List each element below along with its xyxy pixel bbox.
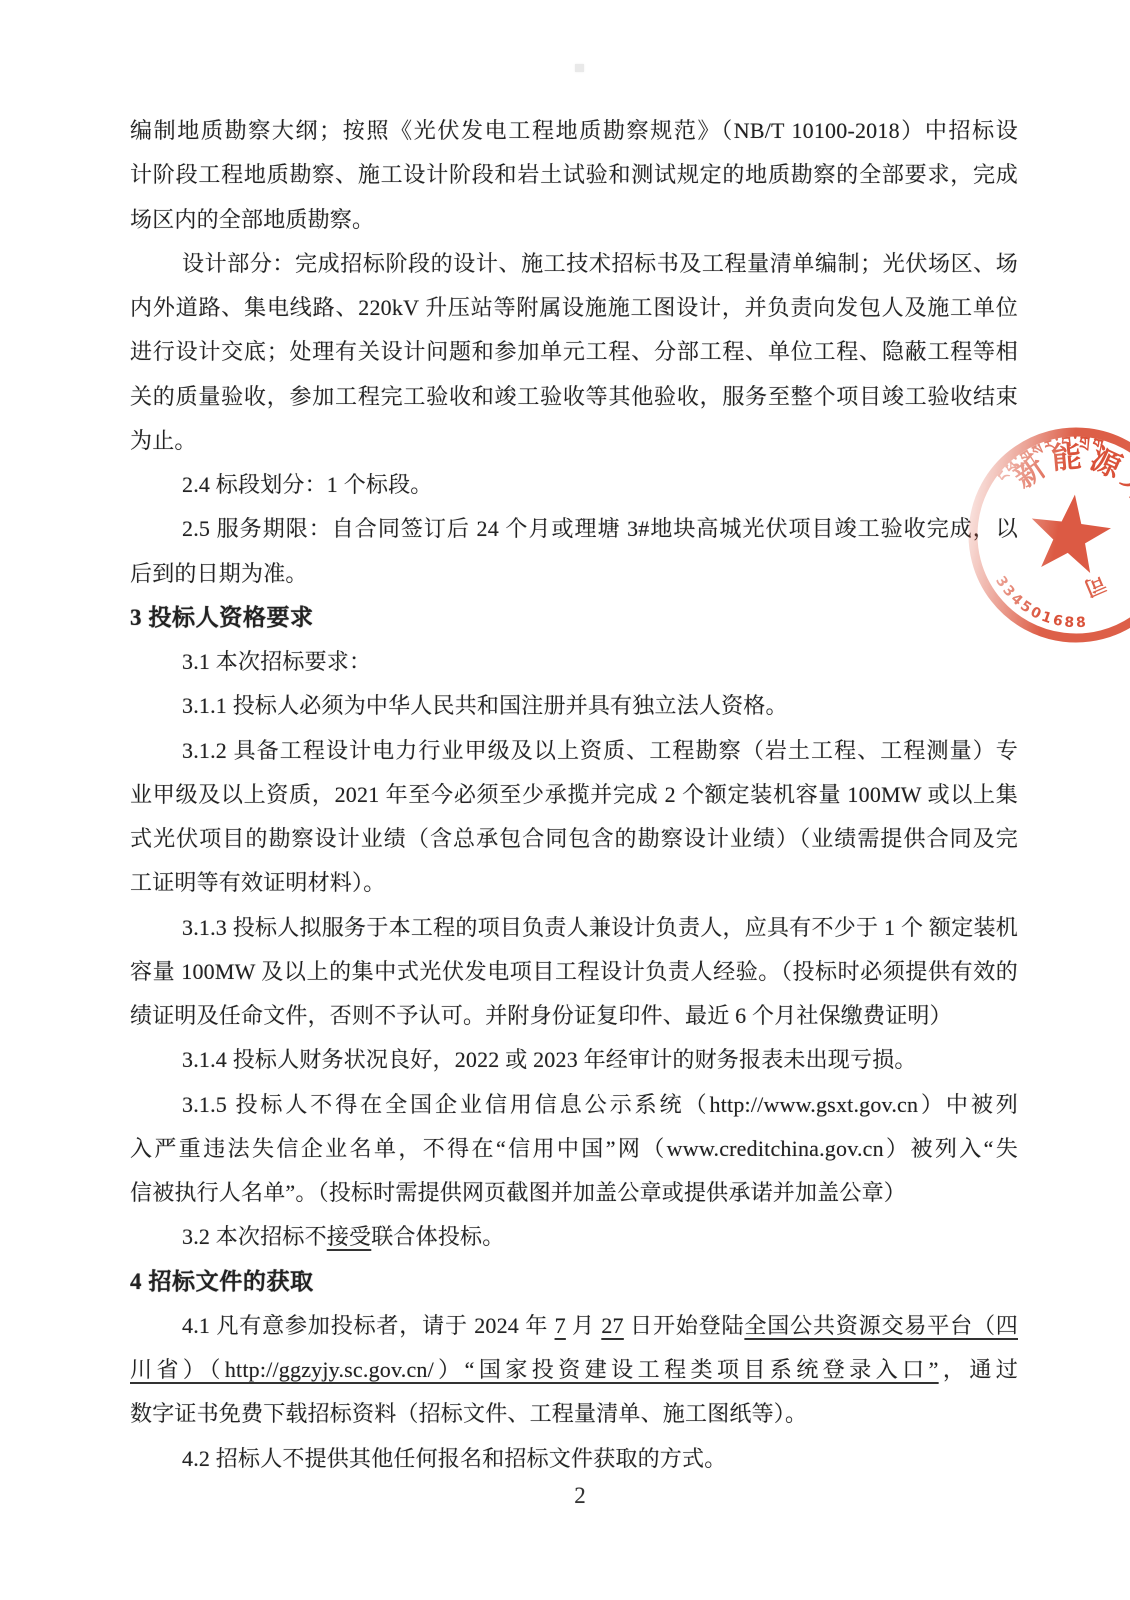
text-line: 关的质量验收，参加工程完工验收和竣工验收等其他验收，服务至整个项目竣工验收结束 [130,375,1018,419]
seal-side-character: 司 [1081,570,1110,600]
text-segment: 数字证书免费下载招标资料（招标文件、工程量清单、施工图纸等）。 [130,1401,807,1426]
text-line: 数字证书免费下载招标资料（招标文件、工程量清单、施工图纸等）。 [130,1392,1018,1436]
text-segment: 计阶段工程地质勘察、施工设计阶段和岩土试验和测试规定的地质勘察的全部要求，完成 [130,162,1018,187]
text-line: 设计部分：完成招标阶段的设计、施工技术招标书及工程量清单编制；光伏场区、场 [130,242,1018,286]
text-line: 进行设计交底；处理有关设计问题和参加单元工程、分部工程、单位工程、隐蔽工程等相 [130,330,1018,374]
section-heading: 3 投标人资格要求 [130,596,1018,640]
text-line: 4.2 招标人不提供其他任何报名和招标文件获取的方式。 [130,1437,1018,1481]
scan-artifact [575,64,584,72]
text-line: 工证明等有效证明材料）。 [130,861,1018,905]
text-segment: 式光伏项目的勘察设计业绩（含总承包合同包含的勘察设计业绩）（业绩需提供合同及完 [130,826,1018,851]
text-line: 3.1.3 投标人拟服务于本工程的项目负责人兼设计负责人，应具有不少于 1 个 … [130,906,1018,950]
text-segment: 业甲级及以上资质，2021 年至今必须至少承揽并完成 2 个额定装机容量 100… [130,782,1018,817]
text-segment: 后到的日期为准。 [130,561,308,586]
text-segment: 进行设计交底；处理有关设计问题和参加单元工程、分部工程、单位工程、隐蔽工程等相 [130,339,1018,364]
text-line: 业甲级及以上资质，2021 年至今必须至少承揽并完成 2 个额定装机容量 100… [130,773,1018,817]
seal-graphic: ངཕ་གསར་བ་གྲག 新能源开发 334501688 司 [966,423,1130,651]
text-segment: 4.1 凡有意参加投标者，请于 2024 年 [182,1313,555,1338]
text-segment: 3.1.4 投标人财务状况良好，2022 或 2023 年经审计的财务报表未出现… [182,1047,917,1072]
text-segment: 内外道路、集电线路、220kV 升压站等附属设施施工图设计，并负责向发包人及施工… [130,295,1018,320]
page-number: 2 [560,1483,600,1509]
text-line: 3.1.2 具备工程设计电力行业甲级及以上资质、工程勘察（岩土工程、工程测量）专 [130,729,1018,773]
text-line: 川省）（http://ggzyjy.sc.gov.cn/）“国家投资建设工程类项… [130,1348,1018,1392]
text-segment: 容量 100MW 及以上的集中式光伏发电项目工程设计负责人经验。（投标时必须提供… [130,959,1018,994]
text-segment: 3.2 本次招标不 [182,1224,327,1249]
text-segment: 3.1.3 投标人拟服务于本工程的项目负责人兼设计负责人，应具有不少于 1 个 … [182,915,1018,940]
underlined-text: 接受 [327,1224,371,1249]
text-line: 3.1.1 投标人必须为中华人民共和国注册并具有独立法人资格。 [130,684,1018,728]
underlined-text: 7 [555,1313,566,1338]
text-line: 4.1 凡有意参加投标者，请于 2024 年 7 月 27 日开始登陆全国公共资… [130,1304,1018,1348]
text-segment: 2.4 标段划分：1 个标段。 [182,472,433,497]
text-segment: 3.1 本次招标要求： [182,649,371,674]
text-segment: 设计部分：完成招标阶段的设计、施工技术招标书及工程量清单编制；光伏场区、场 [182,251,1018,276]
text-segment: 3 投标人资格要求 [130,605,314,630]
text-segment: 月 [566,1313,602,1338]
text-line: 3.1.4 投标人财务状况良好，2022 或 2023 年经审计的财务报表未出现… [130,1038,1018,1082]
text-segment: 编制地质勘察大纲；按照《光伏发电工程地质勘察规范》（NB/T 10100-201… [130,118,1018,143]
text-segment: 入严重违法失信企业名单，不得在“信用中国”网（www.creditchina.g… [130,1136,1018,1161]
text-line: 2.4 标段划分：1 个标段。 [130,463,1018,507]
text-line: 内外道路、集电线路、220kV 升压站等附属设施施工图设计，并负责向发包人及施工… [130,286,1018,330]
text-line: 3.1.5 投标人不得在全国企业信用信息公示系统（http://www.gsxt… [130,1083,1018,1127]
text-segment: 绩证明及任命文件，否则不予认可。并附身份证复印件、最近 6 个月社保缴费证明） [130,1003,952,1028]
text-line: 信被执行人名单”。（投标时需提供网页截图并加盖公章或提供承诺并加盖公章） [130,1171,1018,1215]
text-line: 编制地质勘察大纲；按照《光伏发电工程地质勘察规范》（NB/T 10100-201… [130,109,1018,153]
text-line: 绩证明及任命文件，否则不予认可。并附身份证复印件、最近 6 个月社保缴费证明） [130,994,1018,1038]
text-segment: 3.1.5 投标人不得在全国企业信用信息公示系统（http://www.gsxt… [182,1092,1018,1117]
text-segment: 3.1.1 投标人必须为中华人民共和国注册并具有独立法人资格。 [182,693,788,718]
text-segment: 为止。 [130,428,197,453]
text-line: 入严重违法失信企业名单，不得在“信用中国”网（www.creditchina.g… [130,1127,1018,1171]
text-line: 3.2 本次招标不接受联合体投标。 [130,1215,1018,1259]
section-heading: 4 招标文件的获取 [130,1260,1018,1304]
text-segment: 日开始登陆 [624,1313,745,1338]
text-segment: ，通过 [939,1357,1018,1382]
text-segment: 3.1.2 具备工程设计电力行业甲级及以上资质、工程勘察（岩土工程、工程测量）专 [182,738,1018,763]
text-line: 2.5 服务期限：自合同签订后 24 个月或理塘 3#地块高城光伏项目竣工验收完… [130,507,1018,551]
text-line: 3.1 本次招标要求： [130,640,1018,684]
text-segment: 4 招标文件的获取 [130,1269,314,1294]
document-page: 编制地质勘察大纲；按照《光伏发电工程地质勘察规范》（NB/T 10100-201… [0,0,1130,1600]
text-segment: 2.5 服务期限：自合同签订后 24 个月或理塘 3#地块高城光伏项目竣工验收完… [182,516,1018,541]
text-segment: 关的质量验收，参加工程完工验收和竣工验收等其他验收，服务至整个项目竣工验收结束 [130,384,1018,409]
text-line: 式光伏项目的勘察设计业绩（含总承包合同包含的勘察设计业绩）（业绩需提供合同及完 [130,817,1018,861]
text-segment: 信被执行人名单”。（投标时需提供网页截图并加盖公章或提供承诺并加盖公章） [130,1180,906,1205]
text-segment: 工证明等有效证明材料）。 [130,870,385,895]
text-line: 场区内的全部地质勘察。 [130,198,1018,242]
document-text-block: 编制地质勘察大纲；按照《光伏发电工程地质勘察规范》（NB/T 10100-201… [130,109,1018,1481]
text-segment: 场区内的全部地质勘察。 [130,207,374,232]
seal-star-icon [1026,490,1114,575]
underlined-text: 27 [601,1313,623,1338]
text-segment: 4.2 招标人不提供其他任何报名和招标文件获取的方式。 [182,1446,726,1471]
text-line: 容量 100MW 及以上的集中式光伏发电项目工程设计负责人经验。（投标时必须提供… [130,950,1018,994]
company-seal-stamp: ངཕ་གསར་བ་གྲག 新能源开发 334501688 司 [966,423,1130,651]
text-segment: 联合体投标。 [371,1224,504,1249]
text-line: 后到的日期为准。 [130,552,1018,596]
text-line: 为止。 [130,419,1018,463]
text-line: 计阶段工程地质勘察、施工设计阶段和岩土试验和测试规定的地质勘察的全部要求，完成 [130,153,1018,197]
underlined-text: 全国公共资源交易平台（四 [744,1313,1018,1338]
underlined-text: 川省）（http://ggzyjy.sc.gov.cn/）“国家投资建设工程类项… [130,1357,939,1382]
